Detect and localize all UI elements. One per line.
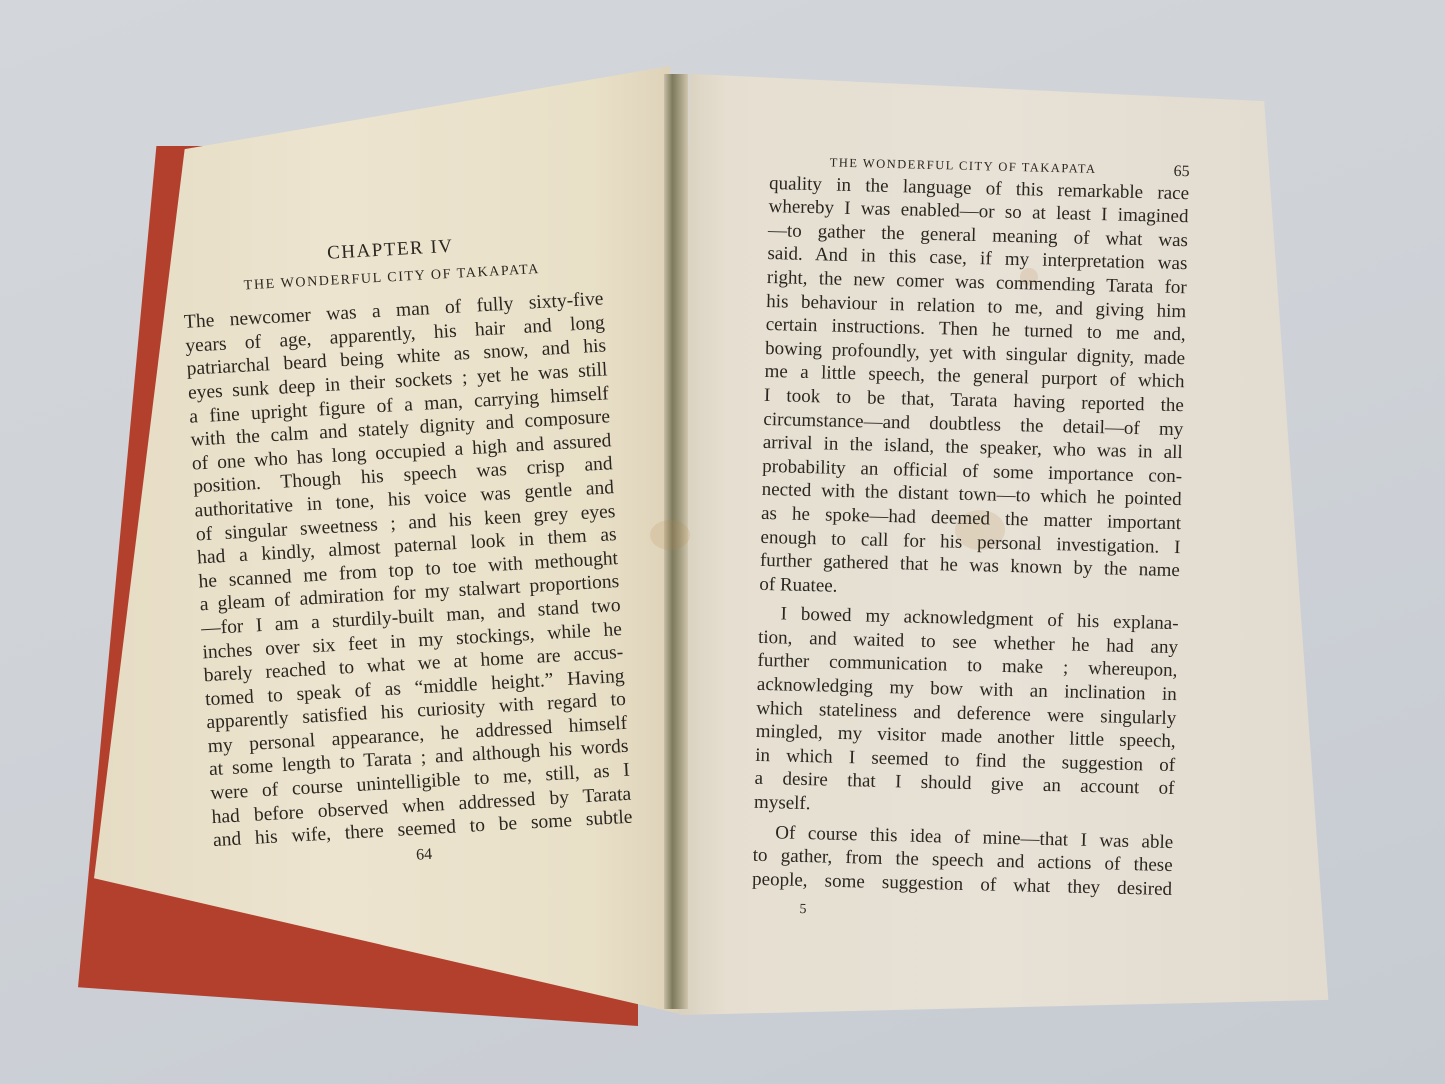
right-paragraph-2: I bowed my acknowledgment of his explana… (754, 602, 1179, 825)
paper-stain (650, 520, 690, 550)
left-page-text: CHAPTER IV THE WONDERFUL CITY OF TAKAPAT… (180, 227, 634, 879)
right-paragraph-3: Of course this idea of mine—that I was a… (752, 820, 1174, 901)
page-number-right: 65 (1173, 160, 1190, 184)
left-body-paragraph: The newcomer was a man of fully sixty-fi… (183, 288, 633, 853)
right-paragraph-1: quality in the language of this remarkab… (759, 172, 1189, 607)
right-page-text: THE WONDERFUL CITY OF TAKAPATA 65 qualit… (751, 150, 1190, 931)
